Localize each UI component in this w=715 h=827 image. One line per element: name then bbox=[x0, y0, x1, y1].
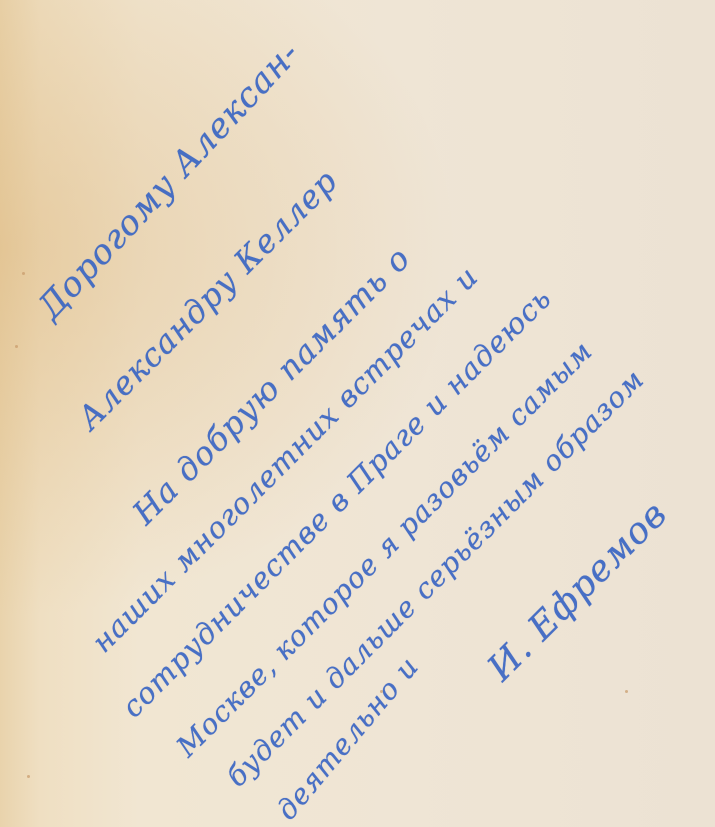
paper-speck bbox=[15, 345, 18, 348]
inscription-page: Дорогому Алексан- Александру Келлер На д… bbox=[0, 0, 715, 827]
paper-speck bbox=[380, 690, 383, 693]
paper-speck bbox=[27, 775, 30, 778]
inscription-line-2: Александру Келлер bbox=[70, 162, 345, 437]
paper-speck bbox=[625, 690, 628, 693]
inscription-line-1: Дорогому Алексан- bbox=[30, 33, 308, 327]
paper-speck bbox=[22, 272, 25, 275]
